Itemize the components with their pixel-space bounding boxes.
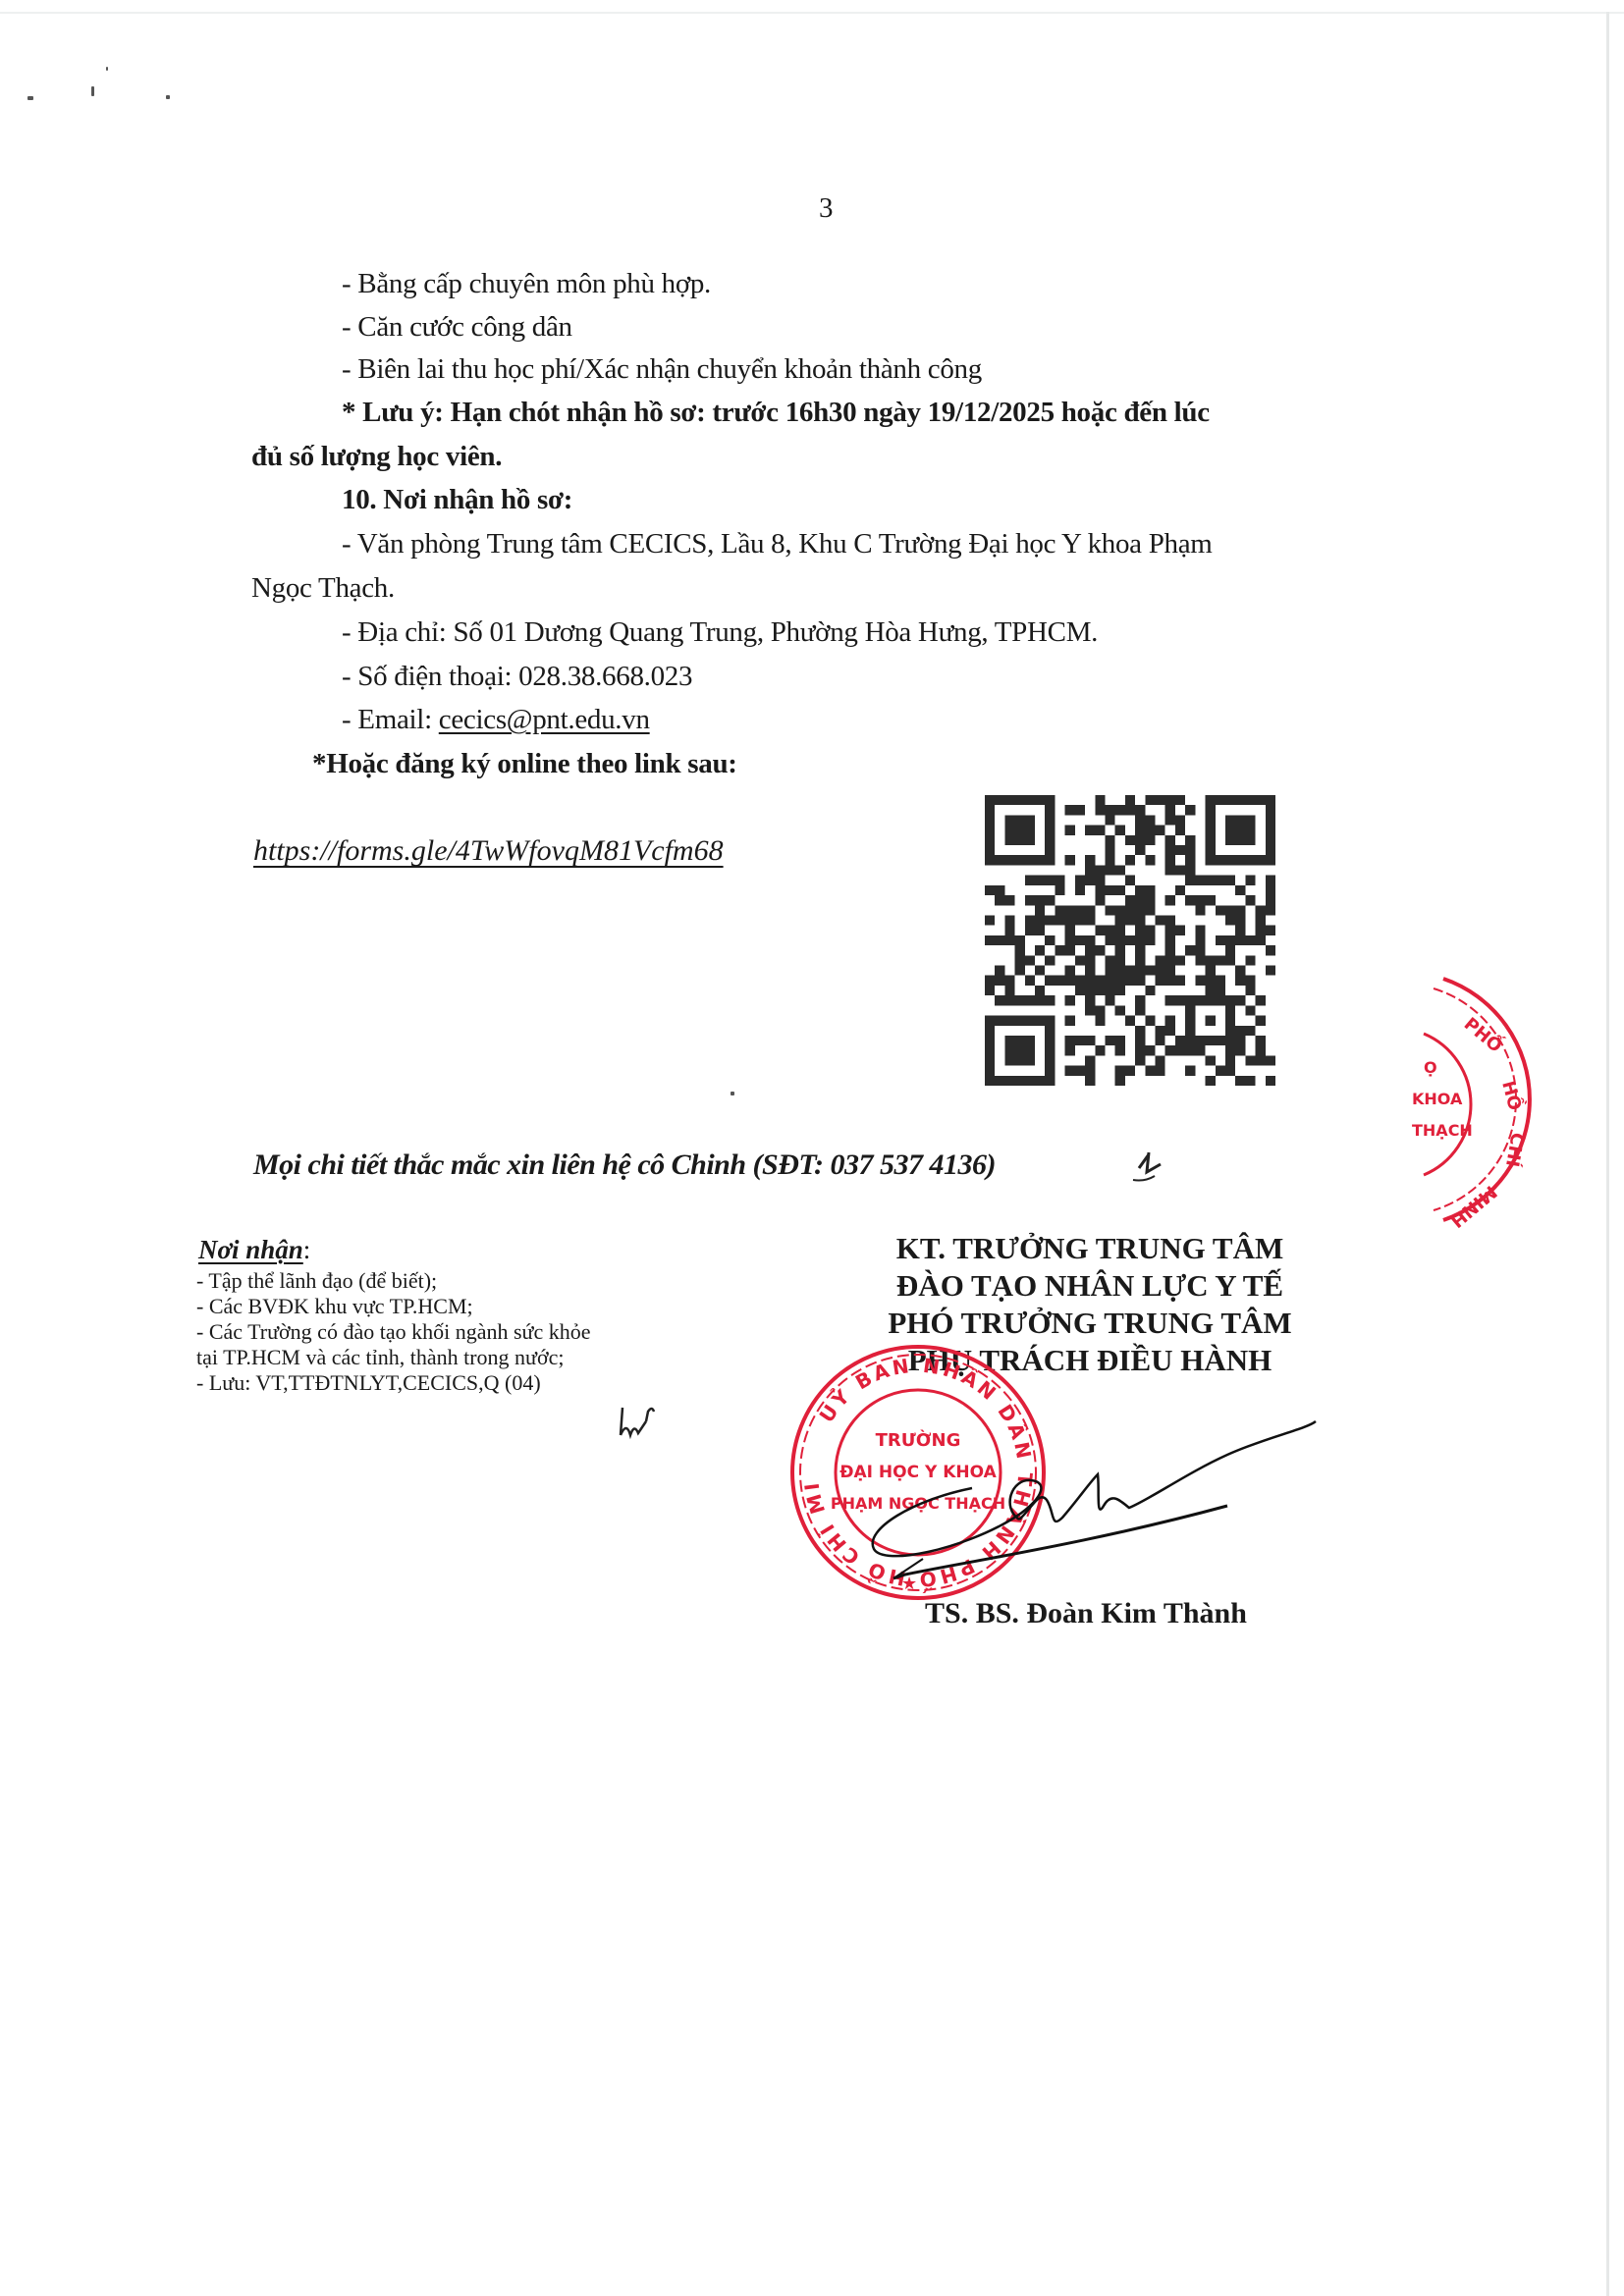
- recipient-item: - Tập thể lãnh đạo (để biết);: [196, 1268, 437, 1294]
- online-registration-label: *Hoặc đăng ký online theo link sau:: [312, 747, 737, 780]
- phone-number: - Số điện thoại: 028.38.668.023: [342, 660, 692, 693]
- svg-text:Ọ: Ọ: [1424, 1058, 1437, 1077]
- initials-mark-icon: [1127, 1147, 1170, 1186]
- required-doc-item: - Căn cước công dân: [342, 310, 572, 344]
- office-location-line1: - Văn phòng Trung tâm CECICS, Lầu 8, Khu…: [342, 527, 1213, 561]
- scan-edge-top: [0, 12, 1624, 14]
- signer-name: TS. BS. Đoàn Kim Thành: [925, 1597, 1247, 1630]
- address: - Địa chỉ: Số 01 Dương Quang Trung, Phườ…: [342, 615, 1098, 649]
- recipient-item: - Các BVĐK khu vực TP.HCM;: [196, 1294, 473, 1319]
- page-number: 3: [819, 192, 834, 225]
- email-link[interactable]: cecics@pnt.edu.vn: [439, 704, 650, 735]
- archive-initials-icon: [617, 1402, 662, 1441]
- recipients-title: Nơi nhận:: [198, 1235, 310, 1265]
- recipient-item: tại TP.HCM và các tỉnh, thành trong nước…: [196, 1345, 564, 1370]
- scan-edge-right: [1606, 12, 1609, 2296]
- scan-speck: [106, 67, 108, 71]
- deadline-note-line2: đủ số lượng học viên.: [251, 440, 502, 473]
- email-row: - Email: cecics@pnt.edu.vn: [342, 703, 650, 736]
- handwritten-signature: [854, 1392, 1326, 1588]
- registration-form-link[interactable]: https://forms.gle/4TwWfovqM81Vcfm68: [253, 834, 724, 868]
- scan-speck: [91, 86, 94, 96]
- svg-text:CHÍ: CHÍ: [1501, 1131, 1529, 1169]
- stamp-partial-edge: PHỐ HỒ CHÍ MINH Ọ KHOA THẠCH: [1394, 967, 1561, 1232]
- recipient-item: - Lưu: VT,TTĐTNLYT,CECICS,Q (04): [196, 1370, 541, 1396]
- svg-text:HỒ: HỒ: [1497, 1078, 1528, 1113]
- recipient-item: - Các Trường có đào tạo khối ngành sức k…: [196, 1319, 590, 1345]
- section-10-heading: 10. Nơi nhận hồ sơ:: [342, 483, 572, 516]
- svg-text:KHOA: KHOA: [1412, 1090, 1463, 1108]
- email-label: - Email:: [342, 704, 439, 735]
- scan-speck: [166, 95, 170, 99]
- required-doc-item: - Biên lai thu học phí/Xác nhận chuyển k…: [342, 352, 982, 386]
- svg-text:THẠCH: THẠCH: [1412, 1121, 1473, 1140]
- contact-info: Mọi chi tiết thắc mắc xin liên hệ cô Chi…: [253, 1148, 996, 1182]
- required-doc-item: - Bằng cấp chuyên môn phù hợp.: [342, 267, 711, 300]
- deadline-note-line1: * Lưu ý: Hạn chót nhận hồ sơ: trước 16h3…: [342, 396, 1210, 429]
- office-location-line2: Ngọc Thạch.: [251, 571, 395, 605]
- scan-speck: [731, 1092, 734, 1095]
- qr-code-icon[interactable]: [985, 795, 1275, 1086]
- scan-speck: [27, 96, 33, 100]
